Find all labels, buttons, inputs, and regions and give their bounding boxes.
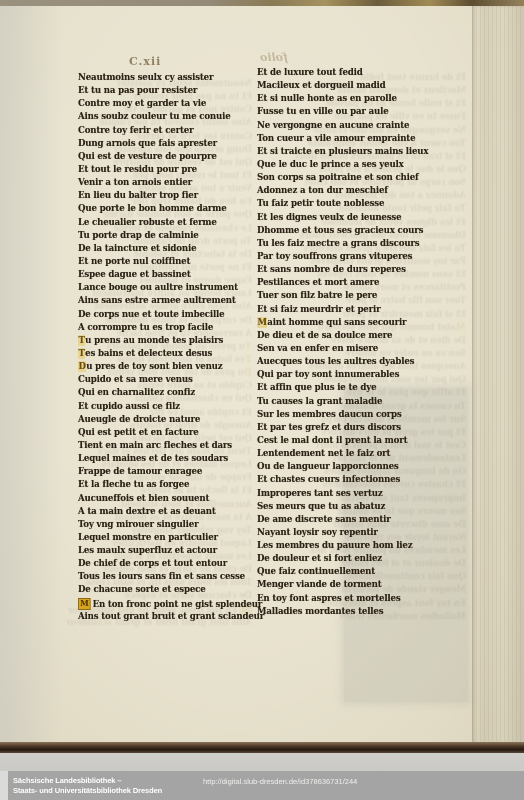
verse-line: Qui est petit et en facture <box>78 427 264 440</box>
rubricated-initial: M <box>456 322 466 333</box>
verse-line: Les maulx superfluz et actour <box>78 545 264 558</box>
gold-initial-mark: M <box>78 598 91 610</box>
verse-line: Ains tout grant bruit et grant sclandeur <box>78 611 264 624</box>
verse-line: Et par tes grefz et durs discors <box>257 422 428 435</box>
verse-column-left: Neautmoins seulx cy assisterEt tu na pas… <box>78 72 264 624</box>
verse-line: Tient en main arc fleches et dars <box>78 440 264 453</box>
verse-line: Pestilances et mort amere <box>257 277 428 290</box>
verse-line: Lentendement net le faiz ort <box>257 448 428 461</box>
scan-url: http://digital.slub-dresden.de/id3786367… <box>203 777 357 786</box>
verse-line: Dung arnois que fais aprester <box>78 138 264 151</box>
verse-line: Ou de langueur lapporcionnes <box>257 461 428 474</box>
verse-line: Et tu na pas pour resister <box>78 85 264 98</box>
verse-line: Son corps sa poitraine et son chief <box>257 172 428 185</box>
verse-line: Aueugle de droicte nature <box>78 414 264 427</box>
verse-line: Improperes tant ses vertuz <box>257 488 428 501</box>
verse-line: Ton cueur a vile amour emprainte <box>257 133 428 146</box>
verse-line: Frappe de tamour enragee <box>78 466 264 479</box>
verse-line: Et si faiz meurdrir et perir <box>257 304 428 317</box>
verse-line: Adonnez a ton dur meschief <box>257 185 428 198</box>
verse-line: Que faiz continuellement <box>257 566 428 579</box>
verse-line: Que le duc le prince a ses yeulx <box>257 159 428 172</box>
verse-line: Et ne porte nul coiffinet <box>78 256 264 269</box>
verse-line: Sen va en enfer en misere <box>257 343 428 356</box>
verse-line: Que porte le bon homme darme <box>78 203 264 216</box>
verse-line: Tu les faiz mectre a grans discours <box>257 238 428 251</box>
verse-line: Et sans nombre de durs reperes <box>257 264 428 277</box>
verse-line: Aucuneffois et bien souuent <box>78 493 264 506</box>
verse-line: Ne vergongne en aucune crainte <box>257 120 428 133</box>
folio-number: C.xii <box>129 55 161 68</box>
verse-line: Venir a ton arnois entier <box>78 177 264 190</box>
verse-line: Menger viande de torment <box>257 579 428 592</box>
verse-line: Neautmoins seulx cy assister <box>78 72 264 85</box>
verse-line: Tuer son filz batre le pere <box>257 290 428 303</box>
verse-line: Lequel monstre en particulier <box>78 532 264 545</box>
verse-line: Qui est de vesture de pourpre <box>78 151 264 164</box>
rubricated-initial: T <box>78 348 85 359</box>
verse-line: Auecques tous les aultres dyables <box>257 356 428 369</box>
verse-line: Et cupido aussi ce filz <box>78 401 264 414</box>
caption-bar-notch <box>0 771 8 800</box>
verse-line: Tous les iours sans fin et sans cesse <box>78 571 264 584</box>
verse-line: Contre moy et garder ta vie <box>78 98 264 111</box>
verse-line: De chief de corps et tout entour <box>78 558 264 571</box>
verse-line: Du pres de toy sont bien venuz <box>78 361 264 374</box>
verse-line: Et chastes cueurs infectionnes <box>257 474 428 487</box>
verse-column-right: Et de luxure tout fedidMacileux et dorgu… <box>257 67 428 619</box>
verse-line: Lance bouge ou aultre instrument <box>78 282 264 295</box>
verse-line: Toy vng mirouer singulier <box>78 519 264 532</box>
verse-line: De chacune sorte et espece <box>78 584 264 597</box>
verse-line: Qui par toy sont innumerables <box>257 369 428 382</box>
verse-line: MEn ton fronc point ne gist splendeur <box>78 598 264 611</box>
verse-line: Sur les membres daucun corps <box>257 409 428 422</box>
verse-line: Les membres du pauure hom liez <box>257 540 428 553</box>
verse-line: De ame discrete sans mentir <box>257 514 428 527</box>
verse-line: Contre toy ferir et certer <box>78 125 264 138</box>
library-name-line1: Sächsische Landesbibliothek – <box>13 776 162 786</box>
manuscript-page: C.xii folio Neautmoins seulx cy assister… <box>0 6 524 744</box>
verse-line: Qui en charnalitez confiz <box>78 387 264 400</box>
verse-line: Et affin que plus ie te dye <box>257 382 428 395</box>
verse-line: Tes bains et delecteux desus <box>78 348 264 361</box>
verse-line: Et si traicte en plusieurs mains lieux <box>257 146 428 159</box>
verse-line: Tu porte drap de calminie <box>78 230 264 243</box>
verse-line: Ses meurs que tu as abatuz <box>257 501 428 514</box>
verse-line: Macileux et dorgueil madid <box>257 80 428 93</box>
verse-line: Par toy souffrons grans vituperes <box>257 251 428 264</box>
verse-line: Dhomme et tous ses gracieux cours <box>257 225 428 238</box>
verse-line: Et la fleche tu as forgee <box>78 479 264 492</box>
verse-line: Cest le mal dont il prent la mort <box>257 435 428 448</box>
verse-line: Nayant loysir soy repentir <box>257 527 428 540</box>
library-caption-bar: Sächsische Landesbibliothek – Staats- un… <box>0 771 524 800</box>
rubricated-initial: D <box>78 361 86 372</box>
verse-line: Le cheualier robuste et ferme <box>78 217 264 230</box>
verse-line: Ains sans estre armee aultrement <box>78 295 264 308</box>
verse-line: Cupido et sa mere venus <box>78 374 264 387</box>
gutter-shadow <box>0 6 70 744</box>
verse-line: Espee dague et bassinet <box>78 269 264 282</box>
book-bottom-edge <box>0 742 524 753</box>
verse-line: Maint homme qui sans secourir <box>257 317 428 330</box>
verse-line: Tu prens au monde tes plaisirs <box>78 335 264 348</box>
verse-line: Et si nulle honte as en parolle <box>257 93 428 106</box>
verse-line: Et les dignes veulx de ieunesse <box>257 212 428 225</box>
verse-line: De la taincture et sidonie <box>78 243 264 256</box>
verse-line: Et tout le residu pour pre <box>78 164 264 177</box>
verse-line: Ains soubz couleur tu me conuie <box>78 111 264 124</box>
verse-line: De corps nue et toute imbecille <box>78 309 264 322</box>
verse-line: A ta main dextre et as deuant <box>78 506 264 519</box>
verse-line: Fusse tu en ville ou par aule <box>257 106 428 119</box>
rubricated-initial: M <box>257 317 267 328</box>
manuscript-scan: C.xii folio Neautmoins seulx cy assister… <box>0 0 524 800</box>
page-fore-edges <box>472 6 524 744</box>
library-name: Sächsische Landesbibliothek – Staats- un… <box>13 776 162 795</box>
verse-line: Tu faiz petir toute noblesse <box>257 198 428 211</box>
verse-line: Et de luxure tout fedid <box>257 67 428 80</box>
verse-line: Lequel maines et de tes soudars <box>78 453 264 466</box>
verse-line: A corrompre tu es trop facile <box>78 322 264 335</box>
verse-line: Malladies mordantes telles <box>257 606 428 619</box>
verse-line: De douleur et si fort enliez <box>257 553 428 566</box>
rubricated-initial: T <box>78 335 85 346</box>
verse-line: De dieu et de sa doulce mere <box>257 330 428 343</box>
folio-showthrough-mark: folio <box>260 51 288 64</box>
library-name-line2: Staats- und Universitätsbibliothek Dresd… <box>13 786 162 796</box>
verse-line: En lieu du balter trop fier <box>78 190 264 203</box>
verse-line: En toy font aspres et mortelles <box>257 593 428 606</box>
verse-line: Tu causes la grant maladie <box>257 396 428 409</box>
